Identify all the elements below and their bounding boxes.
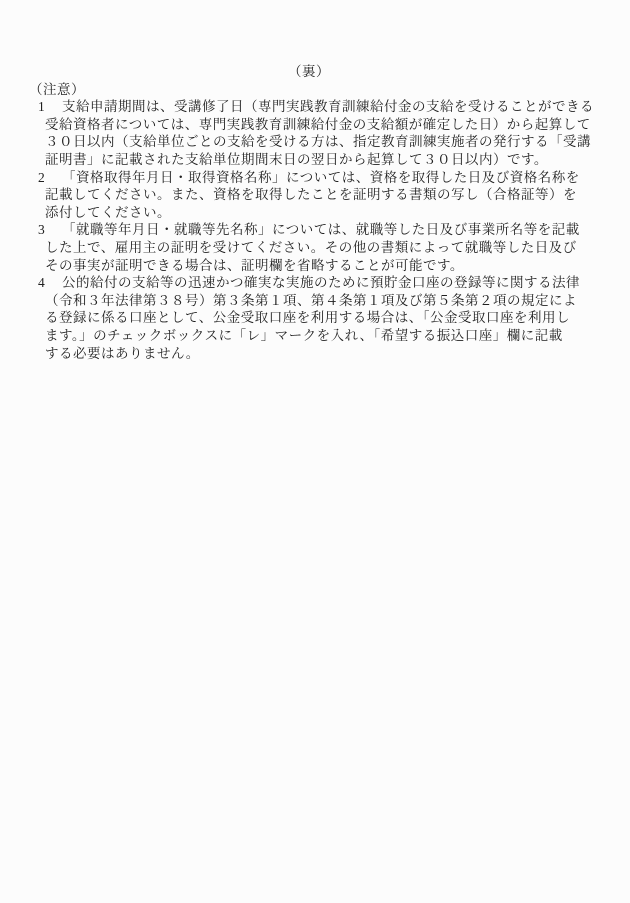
note-item-4: 4公的給付の支給等の迅速かつ確実な実施のために預貯金口座の登録等に関する法律 xyxy=(0,274,630,292)
note-number: 2 xyxy=(38,169,62,187)
note-text: 添付してください。 xyxy=(0,204,630,222)
notes-section: （裏） （注意） 1支給申請期間は、受講修了日（専門実践教育訓練給付金の支給を受… xyxy=(0,63,630,362)
note-text: 証明書」に記載された支給単位期間末日の翌日から起算して３０日以内）です。 xyxy=(0,151,630,169)
note-item-2: 2「資格取得年月日・取得資格名称」については、資格を取得した日及び資格名称を xyxy=(0,169,630,187)
note-text: （令和３年法律第３８号）第３条第１項、第４条第１項及び第５条第２項の規定によ xyxy=(0,292,630,310)
note-text: する必要はありません。 xyxy=(0,345,630,363)
note-text: 「資格取得年月日・取得資格名称」については、資格を取得した日及び資格名称を xyxy=(62,170,580,185)
note-text: 「就職等年月日・就職等先名称」については、就職等した日及び事業所名等を記載 xyxy=(62,222,580,237)
note-text: した上で、雇用主の証明を受けてください。その他の書類によって就職等した日及び xyxy=(0,239,630,257)
note-text: 支給申請期間は、受講修了日（専門実践教育訓練給付金の支給を受けることができる xyxy=(62,99,594,114)
note-text: 公的給付の支給等の迅速かつ確実な実施のために預貯金口座の登録等に関する法律 xyxy=(62,275,580,290)
note-item-1: 1支給申請期間は、受講修了日（専門実践教育訓練給付金の支給を受けることができる xyxy=(0,98,630,116)
note-number: 3 xyxy=(38,221,62,239)
note-number: 1 xyxy=(38,98,62,116)
page-side-label: （裏） xyxy=(0,63,630,81)
note-item-3: 3「就職等年月日・就職等先名称」については、就職等した日及び事業所名等を記載 xyxy=(0,221,630,239)
note-text: 記載してください。また、資格を取得したことを証明する書類の写し（合格証等）を xyxy=(0,186,630,204)
document-page: （裏） （注意） 1支給申請期間は、受講修了日（専門実践教育訓練給付金の支給を受… xyxy=(0,0,630,903)
note-number: 4 xyxy=(38,274,62,292)
note-text: ます。」のチェックボックスに「レ」マークを入れ、「希望する振込口座」欄に記載 xyxy=(0,327,630,345)
note-text: 受給資格者については、専門実践教育訓練給付金の支給額が確定した日）から起算して xyxy=(0,116,630,134)
note-text: ３０日以内（支給単位ごとの支給を受ける方は、指定教育訓練実施者の発行する「受講 xyxy=(0,133,630,151)
note-text: る登録に係る口座として、公金受取口座を利用する場合は、「公金受取口座を利用し xyxy=(0,309,630,327)
note-text: その事実が証明できる場合は、証明欄を省略することが可能です。 xyxy=(0,257,630,275)
notice-heading: （注意） xyxy=(0,81,630,99)
